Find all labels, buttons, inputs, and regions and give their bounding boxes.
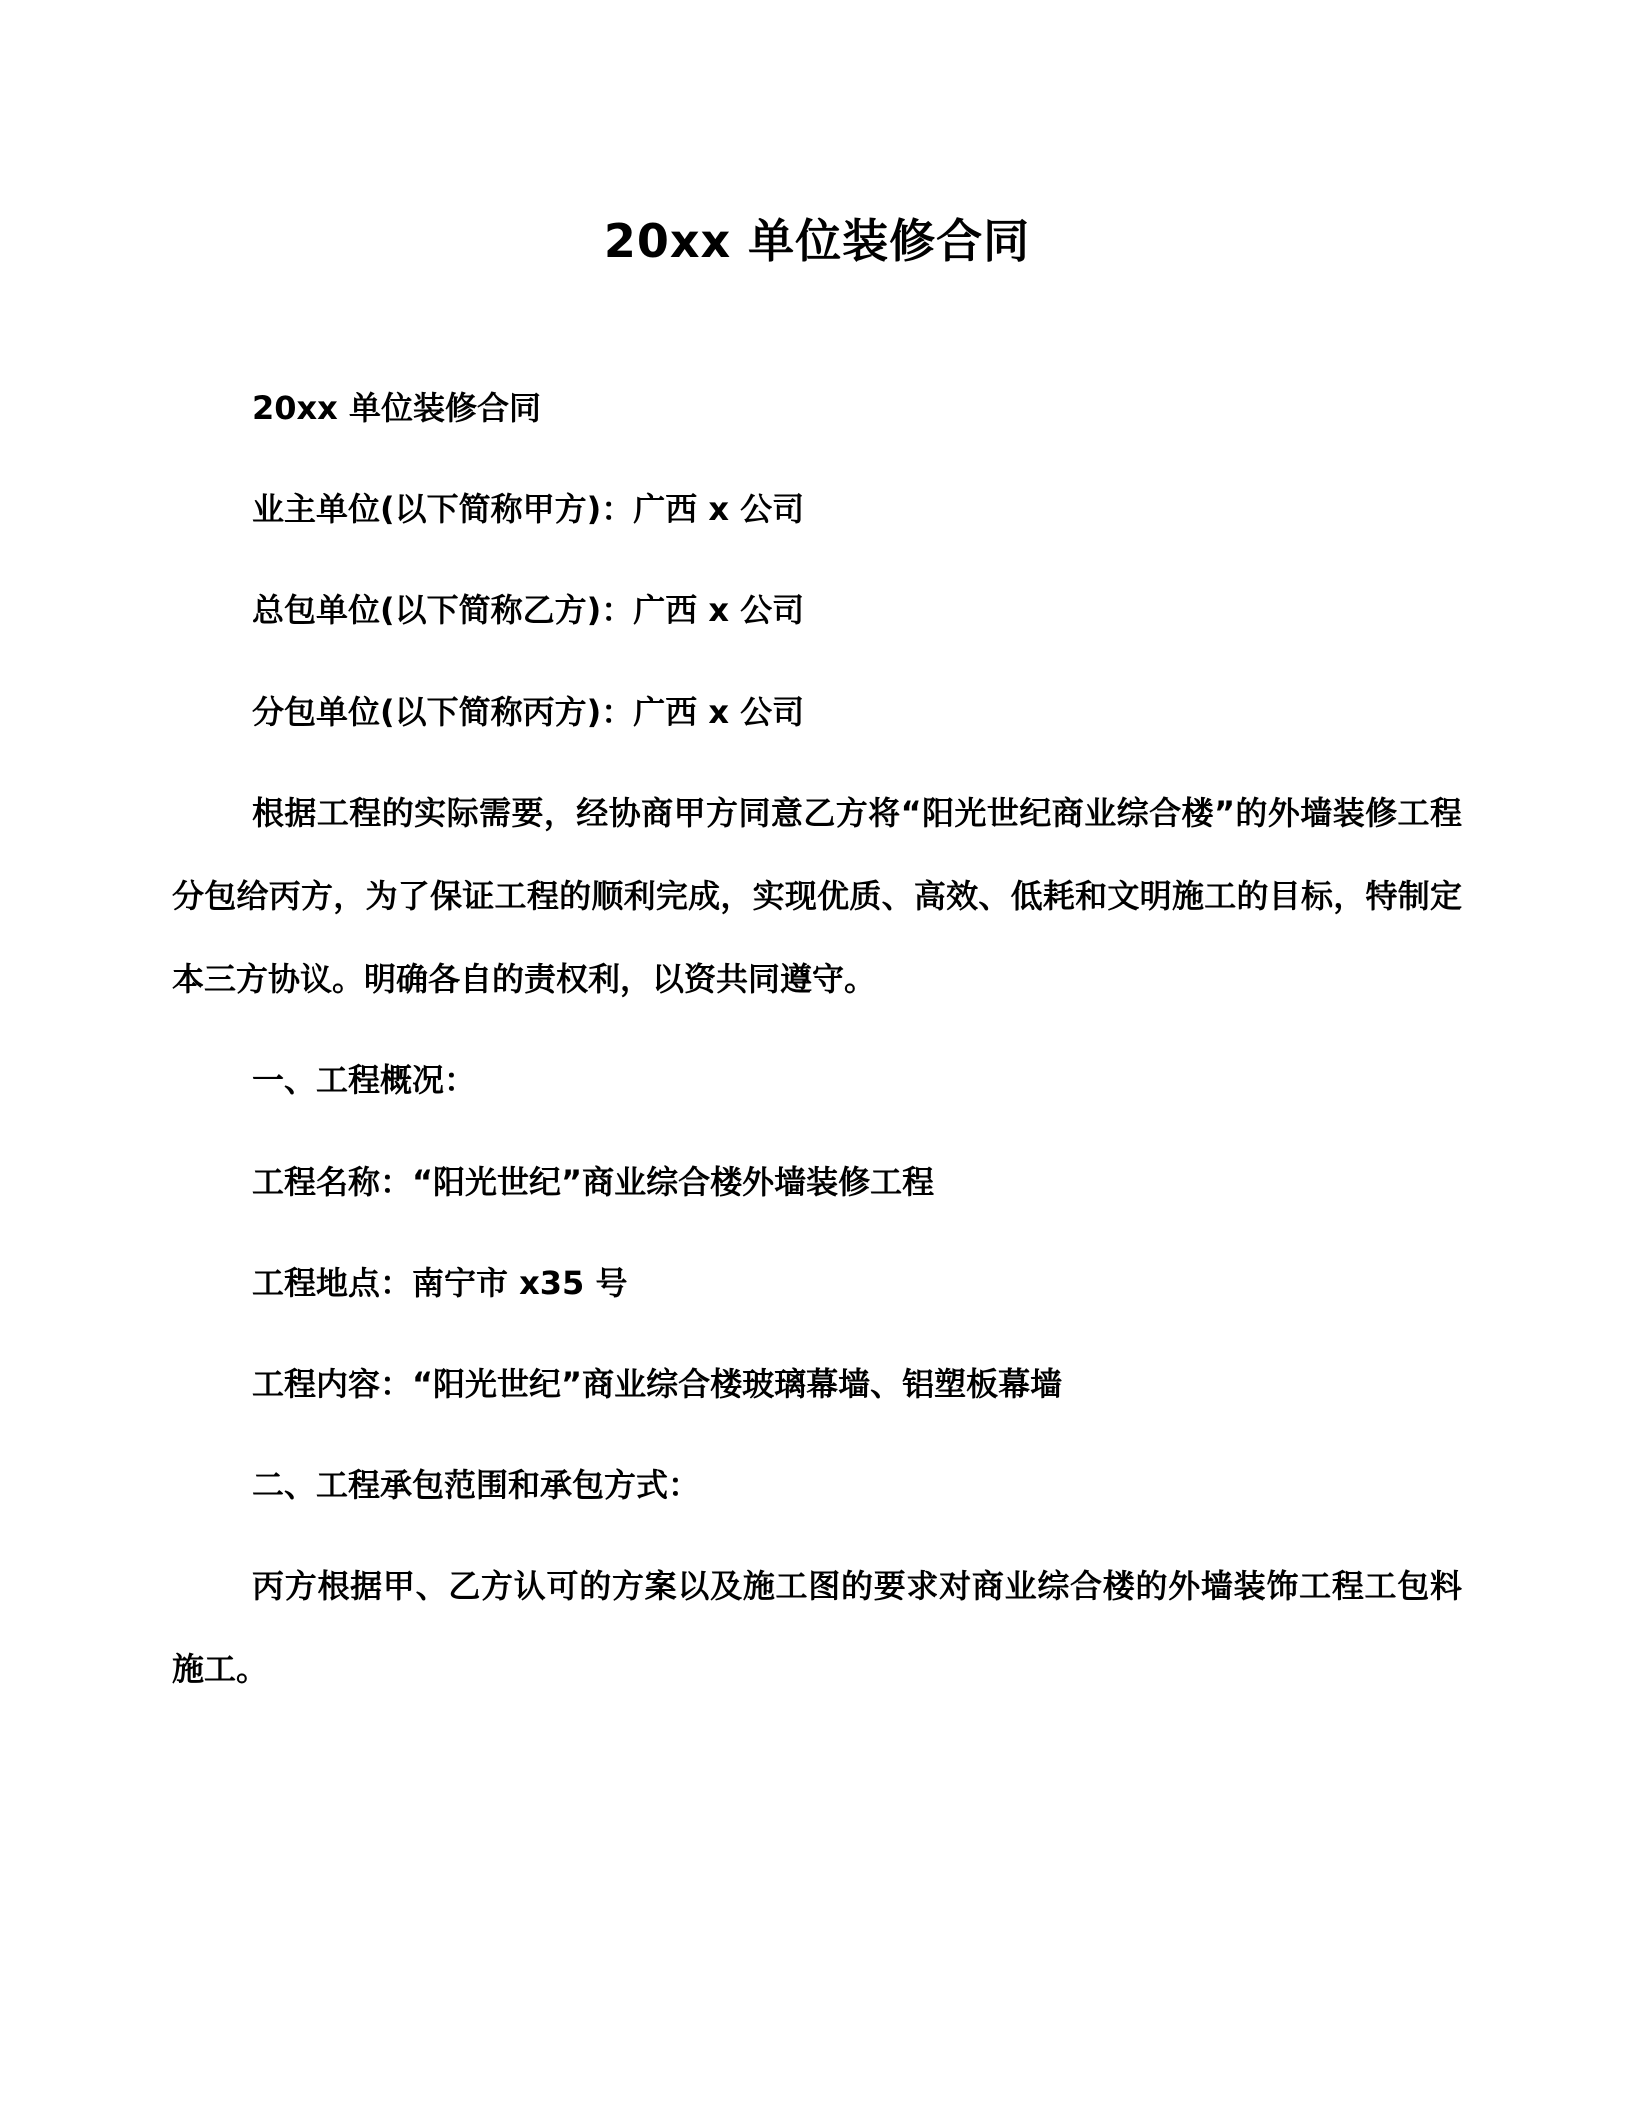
- paragraph: 业主单位(以下简称甲方)：广西 x 公司: [172, 468, 1462, 551]
- paragraph: 一、工程概况：: [172, 1039, 1462, 1122]
- paragraph: 二、工程承包范围和承包方式：: [172, 1444, 1462, 1527]
- paragraph: 工程名称：“阳光世纪”商业综合楼外墙装修工程: [172, 1141, 1462, 1224]
- paragraph: 分包单位(以下简称丙方)：广西 x 公司: [172, 671, 1462, 754]
- document-page: 20xx 单位装修合同 20xx 单位装修合同业主单位(以下简称甲方)：广西 x…: [0, 0, 1632, 2112]
- paragraph: 根据工程的实际需要，经协商甲方同意乙方将“阳光世纪商业综合楼”的外墙装修工程分包…: [172, 772, 1462, 1022]
- paragraph: 总包单位(以下简称乙方)：广西 x 公司: [172, 569, 1462, 652]
- paragraph: 20xx 单位装修合同: [172, 367, 1462, 450]
- paragraph: 工程地点：南宁市 x35 号: [172, 1242, 1462, 1325]
- paragraph: 工程内容：“阳光世纪”商业综合楼玻璃幕墙、铝塑板幕墙: [172, 1343, 1462, 1426]
- document-body: 20xx 单位装修合同业主单位(以下简称甲方)：广西 x 公司总包单位(以下简称…: [172, 367, 1462, 1712]
- document-title: 20xx 单位装修合同: [172, 205, 1462, 271]
- paragraph: 丙方根据甲、乙方认可的方案以及施工图的要求对商业综合楼的外墙装饰工程工包料施工。: [172, 1545, 1462, 1711]
